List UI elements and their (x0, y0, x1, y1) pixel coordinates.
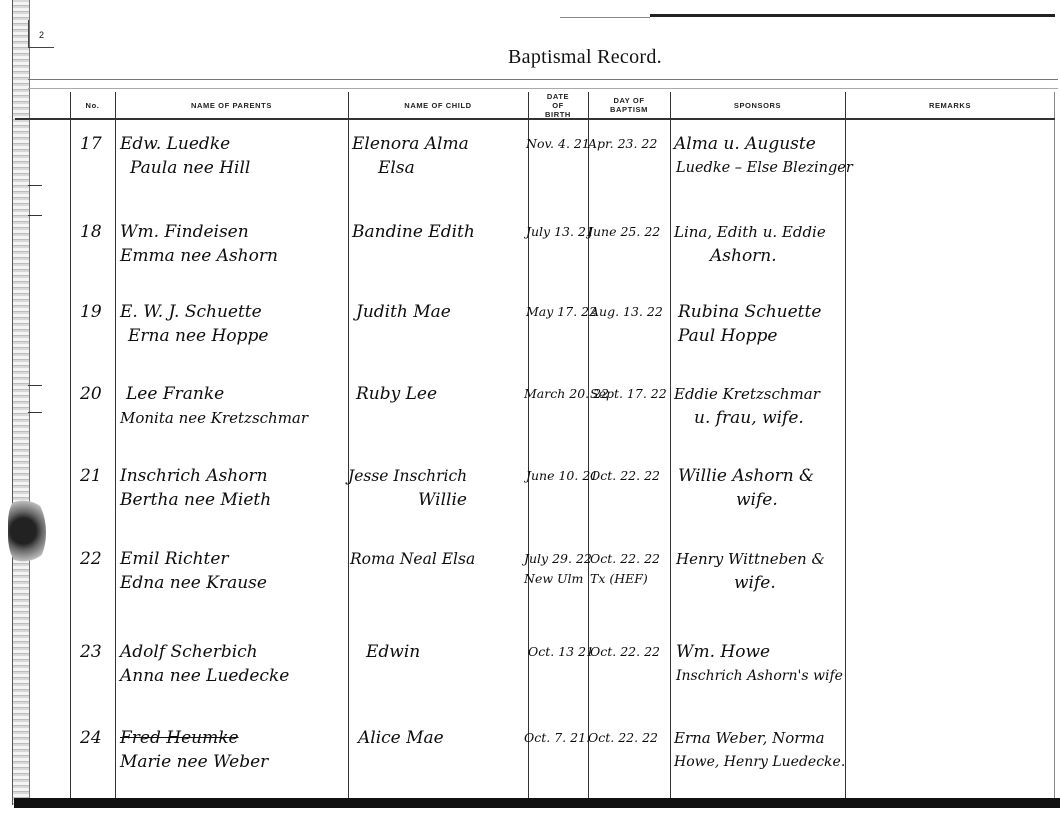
birth-date: Oct. 7. 21. (524, 728, 590, 748)
sponsors-line1: Wm. Howe (676, 640, 843, 664)
baptism-date: Oct. 22. 22 (590, 466, 660, 486)
sponsors-cell: Rubina SchuettePaul Hoppe (678, 300, 821, 348)
sponsors-line1: Rubina Schuette (678, 300, 821, 324)
record-number: 21 (80, 464, 102, 488)
child-name-line1: Roma Neal Elsa (350, 547, 475, 571)
sponsors-cell: Henry Wittneben &wife. (676, 547, 825, 595)
child-name-line1: Bandine Edith (352, 220, 475, 244)
sponsors-line1: Erna Weber, Norma (674, 726, 845, 750)
parents-cell: Adolf ScherbichAnna nee Luedecke (120, 640, 289, 688)
divider (28, 79, 1058, 80)
child-cell: Edwin (366, 640, 420, 664)
page-bottom-edge (14, 798, 1060, 808)
edge-mark (28, 215, 42, 216)
top-rule (650, 14, 1055, 17)
father-name: E. W. J. Schuette (120, 300, 268, 324)
record-number: 17 (80, 132, 102, 156)
mother-name: Marie nee Weber (120, 750, 268, 774)
child-name-line2: Willie (348, 488, 467, 512)
header-divider (15, 118, 1055, 120)
birth-date: July 29. 22New Ulm (524, 549, 592, 589)
sponsors-line2: Inschrich Ashorn's wife (676, 664, 843, 688)
binding-thread-knot (8, 495, 46, 567)
sponsors-line2: wife. (676, 571, 825, 595)
mother-name: Edna nee Krause (120, 571, 267, 595)
edge-mark (28, 185, 42, 186)
column-header-baptism: DAY OF BAPTISM (588, 92, 670, 118)
baptism-date: Aug. 13. 22 (590, 302, 663, 322)
mother-name: Monita nee Kretzschmar (120, 406, 308, 430)
record-number: 20 (80, 382, 102, 406)
child-cell: Ruby Lee (356, 382, 437, 406)
father-name: Edw. Luedke (120, 132, 250, 156)
baptism-date-line1: Oct. 22. 22 (590, 549, 660, 569)
child-name-line1: Jesse Inschrich (348, 464, 467, 488)
baptism-note: Tx (HEF) (590, 569, 660, 589)
record-number: 24 (80, 726, 102, 750)
child-cell: Alice Mae (358, 726, 444, 750)
parents-cell: Lee FrankeMonita nee Kretzschmar (120, 382, 308, 430)
child-cell: Jesse InschrichWillie (348, 464, 467, 512)
mother-name: Bertha nee Mieth (120, 488, 271, 512)
child-name-line1: Judith Mae (356, 300, 451, 324)
parents-cell: Wm. FindeisenEmma nee Ashorn (120, 220, 278, 268)
child-cell: Roma Neal Elsa (350, 547, 475, 571)
child-name-line1: Alice Mae (358, 726, 444, 750)
record-number: 18 (80, 220, 102, 244)
baptism-date: Sept. 17. 22 (590, 384, 667, 404)
edge-mark (28, 412, 42, 413)
page-corner-number: 2 (28, 20, 54, 48)
page-title: Baptismal Record. (508, 46, 662, 69)
birth-date: Oct. 13 21 (528, 642, 594, 662)
parents-cell: E. W. J. SchuetteErna nee Hoppe (120, 300, 268, 348)
sponsors-line2: wife. (678, 488, 814, 512)
column-header-remarks: REMARKS (845, 92, 1055, 118)
baptism-date: Oct. 22. 22 (588, 728, 658, 748)
sponsors-cell: Erna Weber, NormaHowe, Henry Luedecke. (674, 726, 845, 774)
child-cell: Judith Mae (356, 300, 451, 324)
sponsors-cell: Lina, Edith u. EddieAshorn. (674, 220, 826, 268)
child-cell: Elenora AlmaElsa (352, 132, 469, 180)
baptism-date: Apr. 23. 22 (588, 134, 657, 154)
sponsors-cell: Eddie Kretzschmaru. frau, wife. (674, 382, 820, 430)
mother-name: Erna nee Hoppe (120, 324, 268, 348)
sponsors-line2: Luedke – Else Blezinger (674, 156, 853, 180)
column-header-birth: DATE OF BIRTH (528, 92, 588, 118)
baptism-date: Oct. 22. 22Tx (HEF) (590, 549, 660, 589)
parents-cell: Emil RichterEdna nee Krause (120, 547, 267, 595)
sponsors-line1: Willie Ashorn & (678, 464, 814, 488)
birth-date: Nov. 4. 21 (526, 134, 590, 154)
sponsors-line1: Eddie Kretzschmar (674, 382, 820, 406)
baptism-date: Oct. 22. 22 (590, 642, 660, 662)
sponsors-line1: Henry Wittneben & (676, 547, 825, 571)
child-cell: Bandine Edith (352, 220, 475, 244)
column-header-sponsors: SPONSORS (670, 92, 845, 118)
father-name: Fred Heumke (120, 726, 268, 750)
parents-cell: Fred HeumkeMarie nee Weber (120, 726, 268, 774)
edge-mark (28, 385, 42, 386)
sponsors-line2: u. frau, wife. (674, 406, 820, 430)
parents-cell: Inschrich AshornBertha nee Mieth (120, 464, 271, 512)
record-number: 23 (80, 640, 102, 664)
father-name: Wm. Findeisen (120, 220, 278, 244)
baptismal-record-table: No. NAME OF PARENTS NAME OF CHILD DATE O… (70, 92, 1055, 805)
top-rule (560, 17, 650, 18)
record-number: 19 (80, 300, 102, 324)
mother-name: Emma nee Ashorn (120, 244, 278, 268)
sponsors-cell: Willie Ashorn &wife. (678, 464, 814, 512)
parents-cell: Edw. LuedkePaula nee Hill (120, 132, 250, 180)
birth-date: May 17. 22 (526, 302, 597, 322)
birth-date: June 10. 21 (526, 466, 598, 486)
column-header-no: No. (70, 92, 115, 118)
sponsors-line1: Lina, Edith u. Eddie (674, 220, 826, 244)
child-name-line1: Elenora Alma (352, 132, 469, 156)
sponsors-cell: Wm. HoweInschrich Ashorn's wife (676, 640, 843, 688)
birth-place: New Ulm (524, 569, 592, 589)
divider (28, 88, 1058, 89)
birth-date-line1: July 29. 22 (524, 549, 592, 569)
ledger-page: 2 Baptismal Record. No. NAME OF PARENTS … (0, 0, 1060, 816)
baptism-date: June 25. 22 (588, 222, 660, 242)
mother-name: Paula nee Hill (120, 156, 250, 180)
mother-name: Anna nee Luedecke (120, 664, 289, 688)
child-name-line1: Edwin (366, 640, 420, 664)
father-name: Lee Franke (120, 382, 308, 406)
column-header-parents: NAME OF PARENTS (115, 92, 348, 118)
column-header-child: NAME OF CHILD (348, 92, 528, 118)
sponsors-line2: Howe, Henry Luedecke. (674, 750, 845, 774)
page-binding (12, 0, 30, 805)
sponsors-line1: Alma u. Auguste (674, 132, 853, 156)
birth-date: July 13. 21 (526, 222, 594, 242)
father-name: Inschrich Ashorn (120, 464, 271, 488)
child-name-line2: Elsa (352, 156, 469, 180)
father-name: Emil Richter (120, 547, 267, 571)
sponsors-line2: Ashorn. (674, 244, 826, 268)
father-name: Adolf Scherbich (120, 640, 289, 664)
sponsors-cell: Alma u. AugusteLuedke – Else Blezinger (674, 132, 853, 180)
child-name-line1: Ruby Lee (356, 382, 437, 406)
sponsors-line2: Paul Hoppe (678, 324, 821, 348)
record-number: 22 (80, 547, 102, 571)
